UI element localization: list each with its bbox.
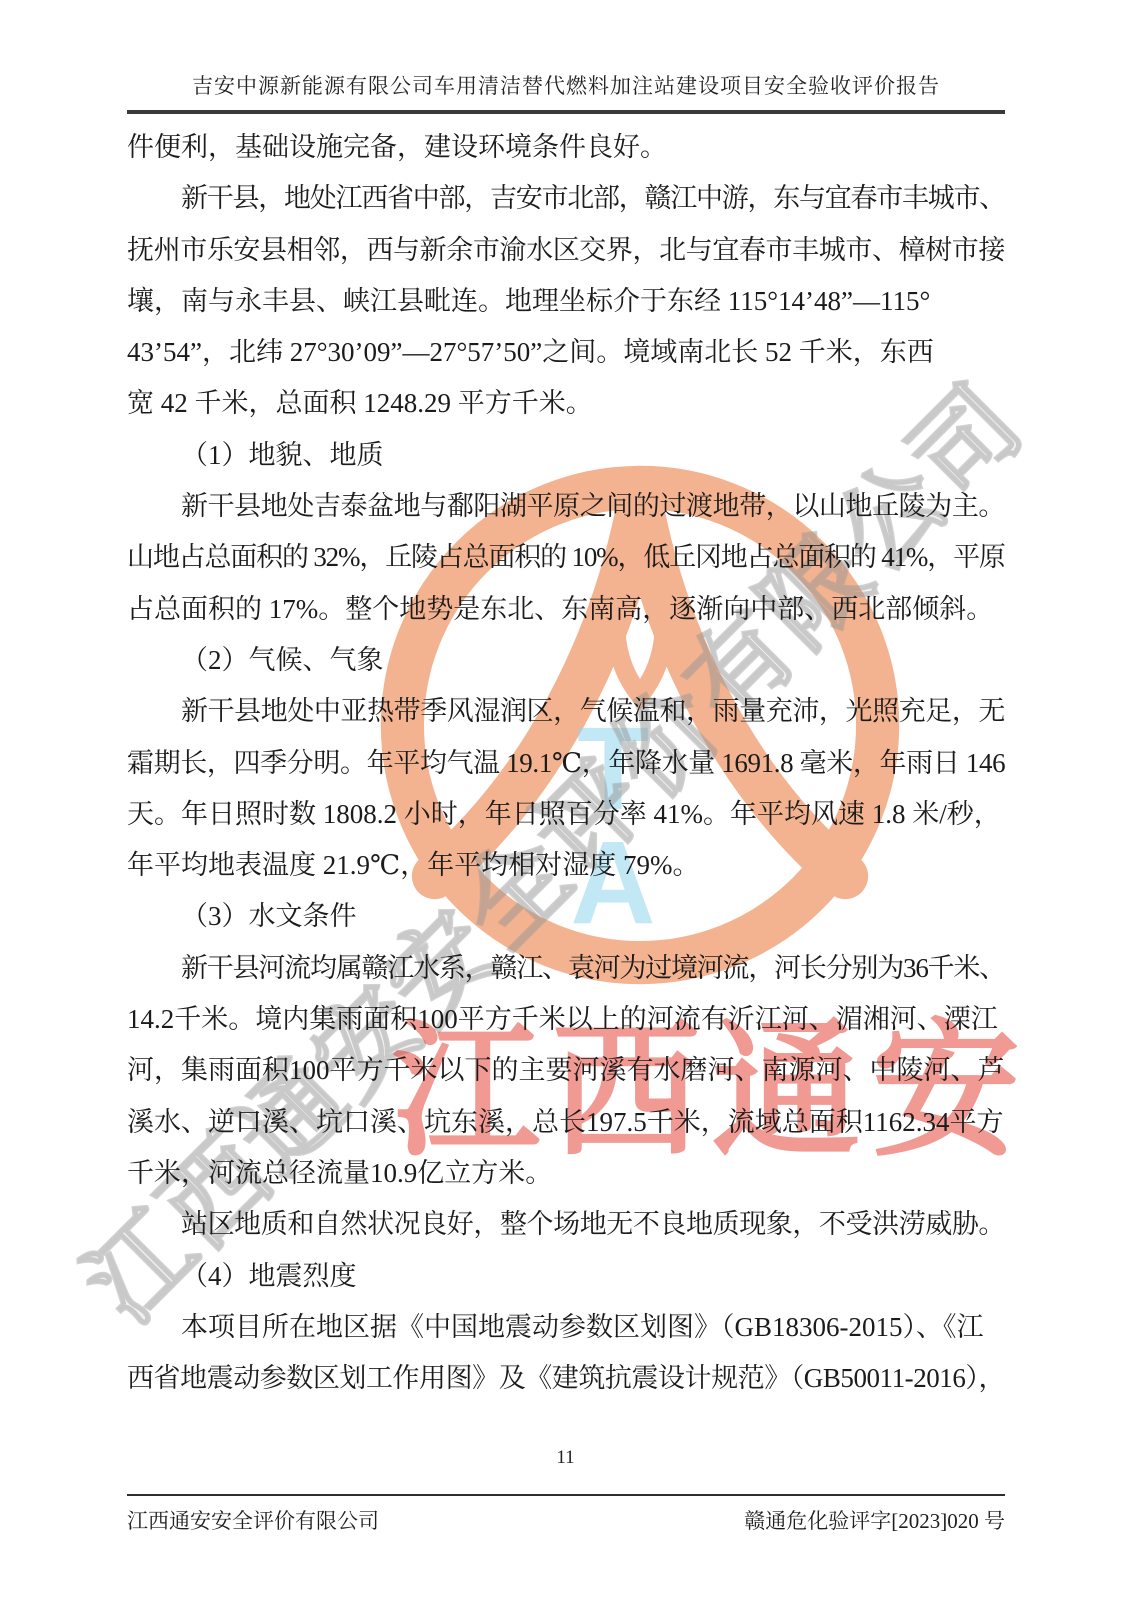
body-line: 年平均地表温度 21.9℃，年平均相对湿度 79%。 <box>127 840 1005 891</box>
body-line: 新干县地处吉泰盆地与鄱阳湖平原之间的过渡地带，以山地丘陵为主。 <box>127 481 1005 532</box>
body-line: 河，集雨面积100平方千米以下的主要河溪有水磨河、南源河、中陵河、芦 <box>127 1045 1005 1096</box>
body-line: 壤，南与永丰县、峡江县毗连。地理坐标介于东经 115°14’48”—115° <box>127 276 1005 327</box>
report-page: T A 江西通安安全评价有限公司 江西通安 吉安中源新能源有限公司车用清洁替代燃… <box>0 0 1131 1600</box>
body-line: 溪水、逆口溪、坑口溪、坑东溪，总长197.5千米，流域总面积1162.34平方 <box>127 1097 1005 1148</box>
body-heading: （2）气候、气象 <box>127 635 1005 686</box>
page-footer: 江西通安安全评价有限公司 赣通危化验评字[2023]020 号 <box>127 1494 1005 1535</box>
body-line: 天。年日照时数 1808.2 小时，年日照百分率 41%。年平均风速 1.8 米… <box>127 789 1005 840</box>
body-line: 本项目所在地区据《中国地震动参数区划图》（GB18306-2015）、《江 <box>127 1302 1005 1353</box>
body-line: 千米，河流总径流量10.9亿立方米。 <box>127 1148 1005 1199</box>
body-line: 件便利，基础设施完备，建设环境条件良好。 <box>127 122 1005 173</box>
body-line: 抚州市乐安县相邻，西与新余市渝水区交界，北与宜春市丰城市、樟树市接 <box>127 225 1005 276</box>
body-line: 新干县地处中亚热带季风湿润区，气候温和，雨量充沛，光照充足，无 <box>127 686 1005 737</box>
body-line: 占总面积的 17%。整个地势是东北、东南高，逐渐向中部、西北部倾斜。 <box>127 584 1005 635</box>
page-content: 吉安中源新能源有限公司车用清洁替代燃料加注站建设项目安全验收评价报告 件便利，基… <box>0 0 1131 1600</box>
body-line: 站区地质和自然状况良好，整个场地无不良地质现象，不受洪涝威胁。 <box>127 1199 1005 1250</box>
body-heading: （3）水文条件 <box>127 891 1005 942</box>
body-line: 新干县，地处江西省中部，吉安市北部，赣江中游，东与宜春市丰城市、 <box>127 173 1005 224</box>
body-heading: （1）地貌、地质 <box>127 430 1005 481</box>
body-line: 西省地震动参数区划工作用图》及《建筑抗震设计规范》（GB50011-2016）， <box>127 1353 1005 1404</box>
body-line: 山地占总面积的 32%，丘陵占总面积的 10%，低丘冈地占总面积的 41%，平原 <box>127 532 1005 583</box>
page-number: 11 <box>0 1447 1131 1469</box>
body-line: 霜期长，四季分明。年平均气温 19.1℃，年降水量 1691.8 毫米，年雨日 … <box>127 738 1005 789</box>
footer-company: 江西通安安全评价有限公司 <box>127 1505 379 1535</box>
page-header-title: 吉安中源新能源有限公司车用清洁替代燃料加注站建设项目安全验收评价报告 <box>127 70 1005 114</box>
body-line: 43’54”，北纬 27°30’09”—27°57’50”之间。境域南北长 52… <box>127 327 1005 378</box>
body-heading: （4）地震烈度 <box>127 1251 1005 1302</box>
footer-doc-number: 赣通危化验评字[2023]020 号 <box>744 1505 1005 1535</box>
body-line: 宽 42 千米，总面积 1248.29 平方千米。 <box>127 378 1005 429</box>
body-text: 件便利，基础设施完备，建设环境条件良好。 新干县，地处江西省中部，吉安市北部，赣… <box>127 122 1005 1404</box>
body-line: 新干县河流均属赣江水系，赣江、袁河为过境河流，河长分别为36千米、 <box>127 943 1005 994</box>
body-line: 14.2千米。境内集雨面积100平方千米以上的河流有沂江河、湄湘河、溧江 <box>127 994 1005 1045</box>
